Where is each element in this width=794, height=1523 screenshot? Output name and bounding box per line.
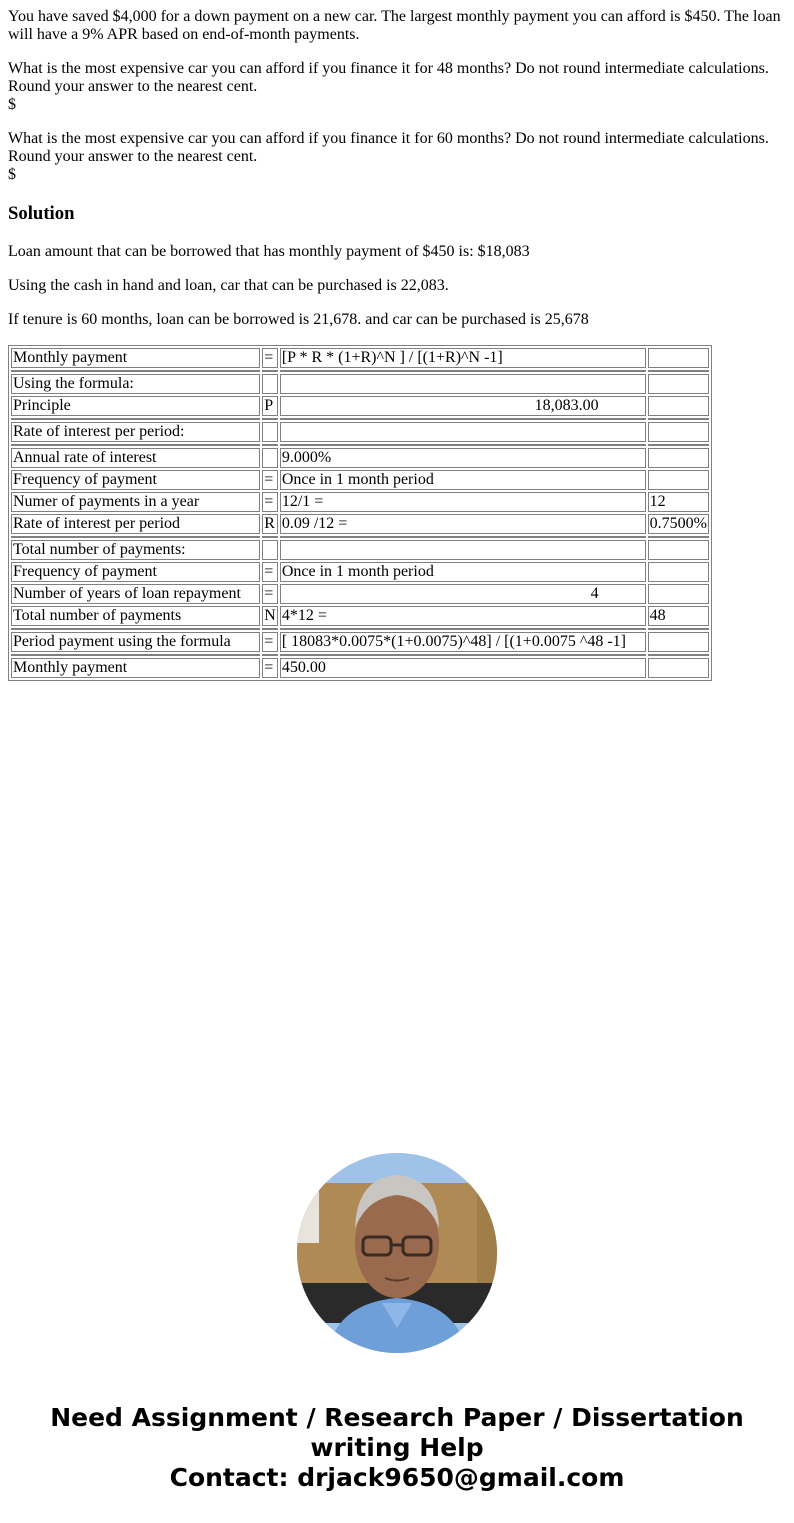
row-expression (280, 374, 646, 394)
row-symbol: R (262, 514, 278, 534)
group-separator (11, 536, 709, 538)
row-value (648, 396, 709, 416)
separator-cell (648, 418, 709, 420)
table-row: Monthly payment=[P * R * (1+R)^N ] / [(1… (11, 348, 709, 368)
group-separator (11, 654, 709, 656)
table-row: Using the formula: (11, 374, 709, 394)
row-expression: [ 18083*0.0075*(1+0.0075)^48] / [(1+0.00… (280, 632, 646, 652)
row-value (648, 422, 709, 442)
table-row: Frequency of payment=Once in 1 month per… (11, 562, 709, 582)
solution-line-car-price-60: If tenure is 60 months, loan can be borr… (8, 311, 786, 329)
row-expression: Once in 1 month period (280, 562, 646, 582)
table-row: Total number of payments: (11, 540, 709, 560)
separator-cell (280, 418, 646, 420)
group-separator (11, 418, 709, 420)
separator-cell (648, 536, 709, 538)
row-label: Principle (11, 396, 260, 416)
footer-line-1: Need Assignment / Research Paper / Disse… (0, 1403, 794, 1433)
separator-cell (648, 444, 709, 446)
separator-cell (262, 654, 278, 656)
row-symbol: P (262, 396, 278, 416)
row-expression (280, 540, 646, 560)
row-label: Total number of payments (11, 606, 260, 626)
row-expression: [P * R * (1+R)^N ] / [(1+R)^N -1] (280, 348, 646, 368)
separator-cell (262, 370, 278, 372)
separator-cell (11, 654, 260, 656)
table-row: PrincipleP18,083.00 (11, 396, 709, 416)
row-label: Number of years of loan repayment (11, 584, 260, 604)
footer-contact-email: Contact: drjack9650@gmail.com (0, 1463, 794, 1493)
question-intro: You have saved $4,000 for a down payment… (8, 8, 786, 44)
row-label: Using the formula: (11, 374, 260, 394)
group-separator (11, 444, 709, 446)
separator-cell (648, 370, 709, 372)
row-symbol (262, 422, 278, 442)
row-value (648, 470, 709, 490)
row-expression (280, 422, 646, 442)
table-row: Frequency of payment=Once in 1 month per… (11, 470, 709, 490)
row-expression: 4 (280, 584, 646, 604)
row-symbol: = (262, 348, 278, 368)
separator-cell (280, 654, 646, 656)
row-symbol: = (262, 562, 278, 582)
row-expression: 4*12 = (280, 606, 646, 626)
row-symbol (262, 374, 278, 394)
table-row: Numer of payments in a year=12/1 =12 (11, 492, 709, 512)
group-separator (11, 370, 709, 372)
answer-48-prefix: $ (8, 96, 786, 114)
row-symbol: = (262, 632, 278, 652)
row-value (648, 562, 709, 582)
row-symbol (262, 540, 278, 560)
row-value (648, 632, 709, 652)
row-expression: 450.00 (280, 658, 646, 678)
separator-cell (262, 444, 278, 446)
row-value: 48 (648, 606, 709, 626)
separator-cell (262, 628, 278, 630)
separator-cell (280, 628, 646, 630)
row-label: Frequency of payment (11, 562, 260, 582)
row-symbol: = (262, 470, 278, 490)
table-row: Monthly payment=450.00 (11, 658, 709, 678)
row-expression: 18,083.00 (280, 396, 646, 416)
contact-footer: Need Assignment / Research Paper / Disse… (0, 1403, 794, 1493)
calculation-table-body: Monthly payment=[P * R * (1+R)^N ] / [(1… (11, 348, 709, 678)
separator-cell (262, 418, 278, 420)
separator-cell (11, 628, 260, 630)
separator-cell (648, 628, 709, 630)
row-value (648, 448, 709, 468)
row-value: 0.7500% (648, 514, 709, 534)
question-60-months: What is the most expensive car you can a… (8, 130, 786, 184)
footer-line-2: writing Help (0, 1433, 794, 1463)
row-label: Rate of interest per period: (11, 422, 260, 442)
group-separator (11, 628, 709, 630)
table-row: Annual rate of interest9.000% (11, 448, 709, 468)
answer-60-prefix: $ (8, 166, 786, 184)
separator-cell (11, 444, 260, 446)
separator-cell (11, 418, 260, 420)
table-row: Rate of interest per period: (11, 422, 709, 442)
table-row: Total number of paymentsN4*12 =48 (11, 606, 709, 626)
row-label: Monthly payment (11, 348, 260, 368)
row-symbol: = (262, 658, 278, 678)
row-label: Numer of payments in a year (11, 492, 260, 512)
author-avatar (297, 1153, 497, 1353)
row-label: Annual rate of interest (11, 448, 260, 468)
separator-cell (648, 654, 709, 656)
calculation-table: Monthly payment=[P * R * (1+R)^N ] / [(1… (8, 345, 712, 681)
question-48-months: What is the most expensive car you can a… (8, 60, 786, 114)
row-symbol: = (262, 492, 278, 512)
row-symbol: N (262, 606, 278, 626)
row-value (648, 658, 709, 678)
author-photo-icon (297, 1153, 497, 1353)
row-value: 12 (648, 492, 709, 512)
separator-cell (11, 536, 260, 538)
row-expression: 0.09 /12 = (280, 514, 646, 534)
row-value (648, 348, 709, 368)
row-label: Total number of payments: (11, 540, 260, 560)
separator-cell (280, 536, 646, 538)
solution-line-car-price-48: Using the cash in hand and loan, car tha… (8, 277, 786, 295)
table-row: Number of years of loan repayment=4 (11, 584, 709, 604)
row-label: Rate of interest per period (11, 514, 260, 534)
row-label: Frequency of payment (11, 470, 260, 490)
solution-line-loan-amount: Loan amount that can be borrowed that ha… (8, 243, 786, 261)
question-60-text: What is the most expensive car you can a… (8, 130, 786, 166)
table-row: Rate of interest per periodR0.09 /12 =0.… (11, 514, 709, 534)
row-value (648, 584, 709, 604)
separator-cell (262, 536, 278, 538)
row-label: Monthly payment (11, 658, 260, 678)
row-label: Period payment using the formula (11, 632, 260, 652)
question-48-text: What is the most expensive car you can a… (8, 60, 786, 96)
solution-heading: Solution (8, 203, 74, 225)
row-expression: Once in 1 month period (280, 470, 646, 490)
row-symbol (262, 448, 278, 468)
row-symbol: = (262, 584, 278, 604)
row-expression: 12/1 = (280, 492, 646, 512)
row-value (648, 540, 709, 560)
row-value (648, 374, 709, 394)
separator-cell (280, 444, 646, 446)
table-row: Period payment using the formula=[ 18083… (11, 632, 709, 652)
separator-cell (280, 370, 646, 372)
separator-cell (11, 370, 260, 372)
row-expression: 9.000% (280, 448, 646, 468)
